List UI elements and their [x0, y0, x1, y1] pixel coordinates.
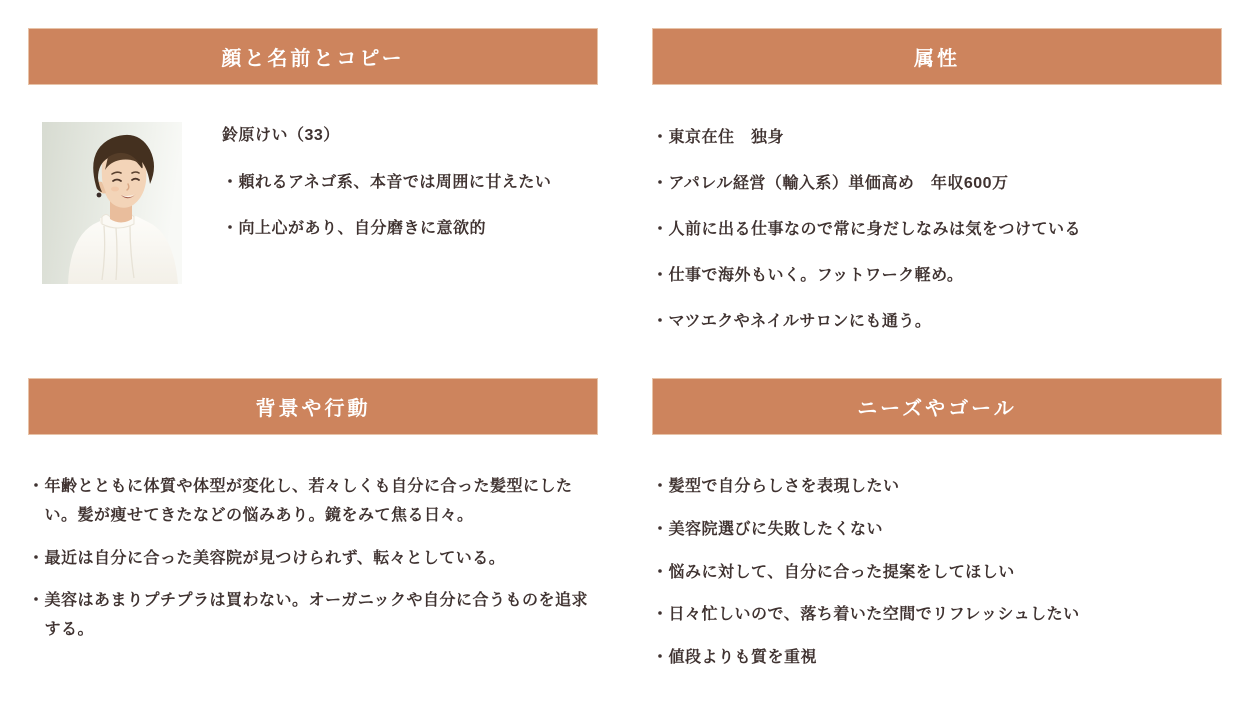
- bullet-text: 日々忙しいので、落ち着いた空間でリフレッシュしたい: [669, 601, 1222, 630]
- bullet-marker: ・: [28, 587, 45, 645]
- bullet-text: 年齢とともに体質や体型が変化し、若々しくも自分に合った髪型にしたい。髪が痩せてき…: [45, 473, 598, 531]
- bullet-text: 人前に出る仕事なので常に身だしなみは気をつけている: [669, 220, 1222, 240]
- background-content: ・ 年齢とともに体質や体型が変化し、若々しくも自分に合った髪型にしたい。髪が痩せ…: [28, 435, 598, 645]
- section-needs: ニーズやゴール ・ 髪型で自分らしさを表現したい ・ 美容院選びに失敗したくない…: [652, 378, 1222, 687]
- list-item: ・ 向上心があり、自分磨きに意欲的: [222, 219, 551, 239]
- section-background-title: 背景や行動: [256, 392, 371, 421]
- bullet-text: 美容はあまりプチプラは買わない。オーガニックや自分に合うものを追求する。: [45, 587, 598, 645]
- list-item: ・ 値段よりも質を重視: [652, 644, 1222, 673]
- bullet-text: 美容院選びに失敗したくない: [669, 516, 1222, 545]
- list-item: ・ 日々忙しいので、落ち着いた空間でリフレッシュしたい: [652, 601, 1222, 630]
- list-item: ・ 美容はあまりプチプラは買わない。オーガニックや自分に合うものを追求する。: [28, 587, 598, 645]
- attributes-list: ・ 東京在住 独身 ・ アパレル経営（輸入系）単価高め 年収600万 ・ 人前に…: [652, 128, 1222, 332]
- section-profile-title: 顔と名前とコピー: [221, 42, 404, 71]
- bullet-marker: ・: [652, 559, 669, 588]
- bullet-marker: ・: [652, 174, 669, 194]
- list-item: ・ 美容院選びに失敗したくない: [652, 516, 1222, 545]
- needs-list: ・ 髪型で自分らしさを表現したい ・ 美容院選びに失敗したくない ・ 悩みに対し…: [652, 473, 1222, 673]
- persona-sheet: 顔と名前とコピー: [0, 0, 1250, 715]
- bullet-text: アパレル経営（輸入系）単価高め 年収600万: [669, 174, 1222, 194]
- bullet-marker: ・: [652, 473, 669, 502]
- attributes-content: ・ 東京在住 独身 ・ アパレル経営（輸入系）単価高め 年収600万 ・ 人前に…: [652, 85, 1222, 332]
- bullet-marker: ・: [652, 601, 669, 630]
- bullet-marker: ・: [28, 545, 45, 574]
- bullet-marker: ・: [652, 220, 669, 240]
- list-item: ・ 髪型で自分らしさを表現したい: [652, 473, 1222, 502]
- section-profile-title-bar: 顔と名前とコピー: [28, 28, 598, 85]
- profile-copy-list: ・ 頼れるアネゴ系、本音では周囲に甘えたい ・ 向上心があり、自分磨きに意欲的: [222, 173, 551, 239]
- bullet-marker: ・: [652, 312, 669, 332]
- bullet-text: 最近は自分に合った美容院が見つけられず、転々としている。: [45, 545, 598, 574]
- section-attributes-title-bar: 属性: [652, 28, 1222, 85]
- list-item: ・ アパレル経営（輸入系）単価高め 年収600万: [652, 174, 1222, 194]
- bullet-text: 東京在住 独身: [669, 128, 1222, 148]
- bullet-text: マツエクやネイルサロンにも通う。: [669, 312, 1222, 332]
- list-item: ・ 頼れるアネゴ系、本音では周囲に甘えたい: [222, 173, 551, 193]
- list-item: ・ 仕事で海外もいく。フットワーク軽め。: [652, 266, 1222, 286]
- bullet-marker: ・: [652, 266, 669, 286]
- persona-photo: [42, 122, 182, 284]
- section-background: 背景や行動 ・ 年齢とともに体質や体型が変化し、若々しくも自分に合った髪型にした…: [28, 378, 598, 687]
- bullet-text: 向上心があり、自分磨きに意欲的: [239, 219, 552, 239]
- bullet-text: 仕事で海外もいく。フットワーク軽め。: [669, 266, 1222, 286]
- persona-portrait-illustration: [42, 122, 182, 284]
- list-item: ・ マツエクやネイルサロンにも通う。: [652, 312, 1222, 332]
- section-attributes: 属性 ・ 東京在住 独身 ・ アパレル経営（輸入系）単価高め 年収600万 ・ …: [652, 28, 1222, 378]
- persona-name: 鈴原けい（33）: [222, 126, 551, 146]
- bullet-marker: ・: [28, 473, 45, 531]
- profile-text-block: 鈴原けい（33） ・ 頼れるアネゴ系、本音では周囲に甘えたい ・ 向上心があり、…: [182, 122, 551, 284]
- bullet-marker: ・: [652, 644, 669, 673]
- needs-content: ・ 髪型で自分らしさを表現したい ・ 美容院選びに失敗したくない ・ 悩みに対し…: [652, 435, 1222, 673]
- section-needs-title: ニーズやゴール: [857, 392, 1017, 421]
- bullet-marker: ・: [222, 173, 239, 193]
- background-list: ・ 年齢とともに体質や体型が変化し、若々しくも自分に合った髪型にしたい。髪が痩せ…: [28, 473, 598, 645]
- list-item: ・ 悩みに対して、自分に合った提案をしてほしい: [652, 559, 1222, 588]
- profile-content: 鈴原けい（33） ・ 頼れるアネゴ系、本音では周囲に甘えたい ・ 向上心があり、…: [28, 85, 598, 284]
- section-attributes-title: 属性: [914, 42, 960, 71]
- section-background-title-bar: 背景や行動: [28, 378, 598, 435]
- list-item: ・ 東京在住 独身: [652, 128, 1222, 148]
- bullet-marker: ・: [222, 219, 239, 239]
- section-profile: 顔と名前とコピー: [28, 28, 598, 378]
- list-item: ・ 人前に出る仕事なので常に身だしなみは気をつけている: [652, 220, 1222, 240]
- bullet-text: 頼れるアネゴ系、本音では周囲に甘えたい: [239, 173, 552, 193]
- bullet-text: 髪型で自分らしさを表現したい: [669, 473, 1222, 502]
- section-needs-title-bar: ニーズやゴール: [652, 378, 1222, 435]
- bullet-text: 値段よりも質を重視: [669, 644, 1222, 673]
- bullet-text: 悩みに対して、自分に合った提案をしてほしい: [669, 559, 1222, 588]
- list-item: ・ 最近は自分に合った美容院が見つけられず、転々としている。: [28, 545, 598, 574]
- bullet-marker: ・: [652, 128, 669, 148]
- bullet-marker: ・: [652, 516, 669, 545]
- list-item: ・ 年齢とともに体質や体型が変化し、若々しくも自分に合った髪型にしたい。髪が痩せ…: [28, 473, 598, 531]
